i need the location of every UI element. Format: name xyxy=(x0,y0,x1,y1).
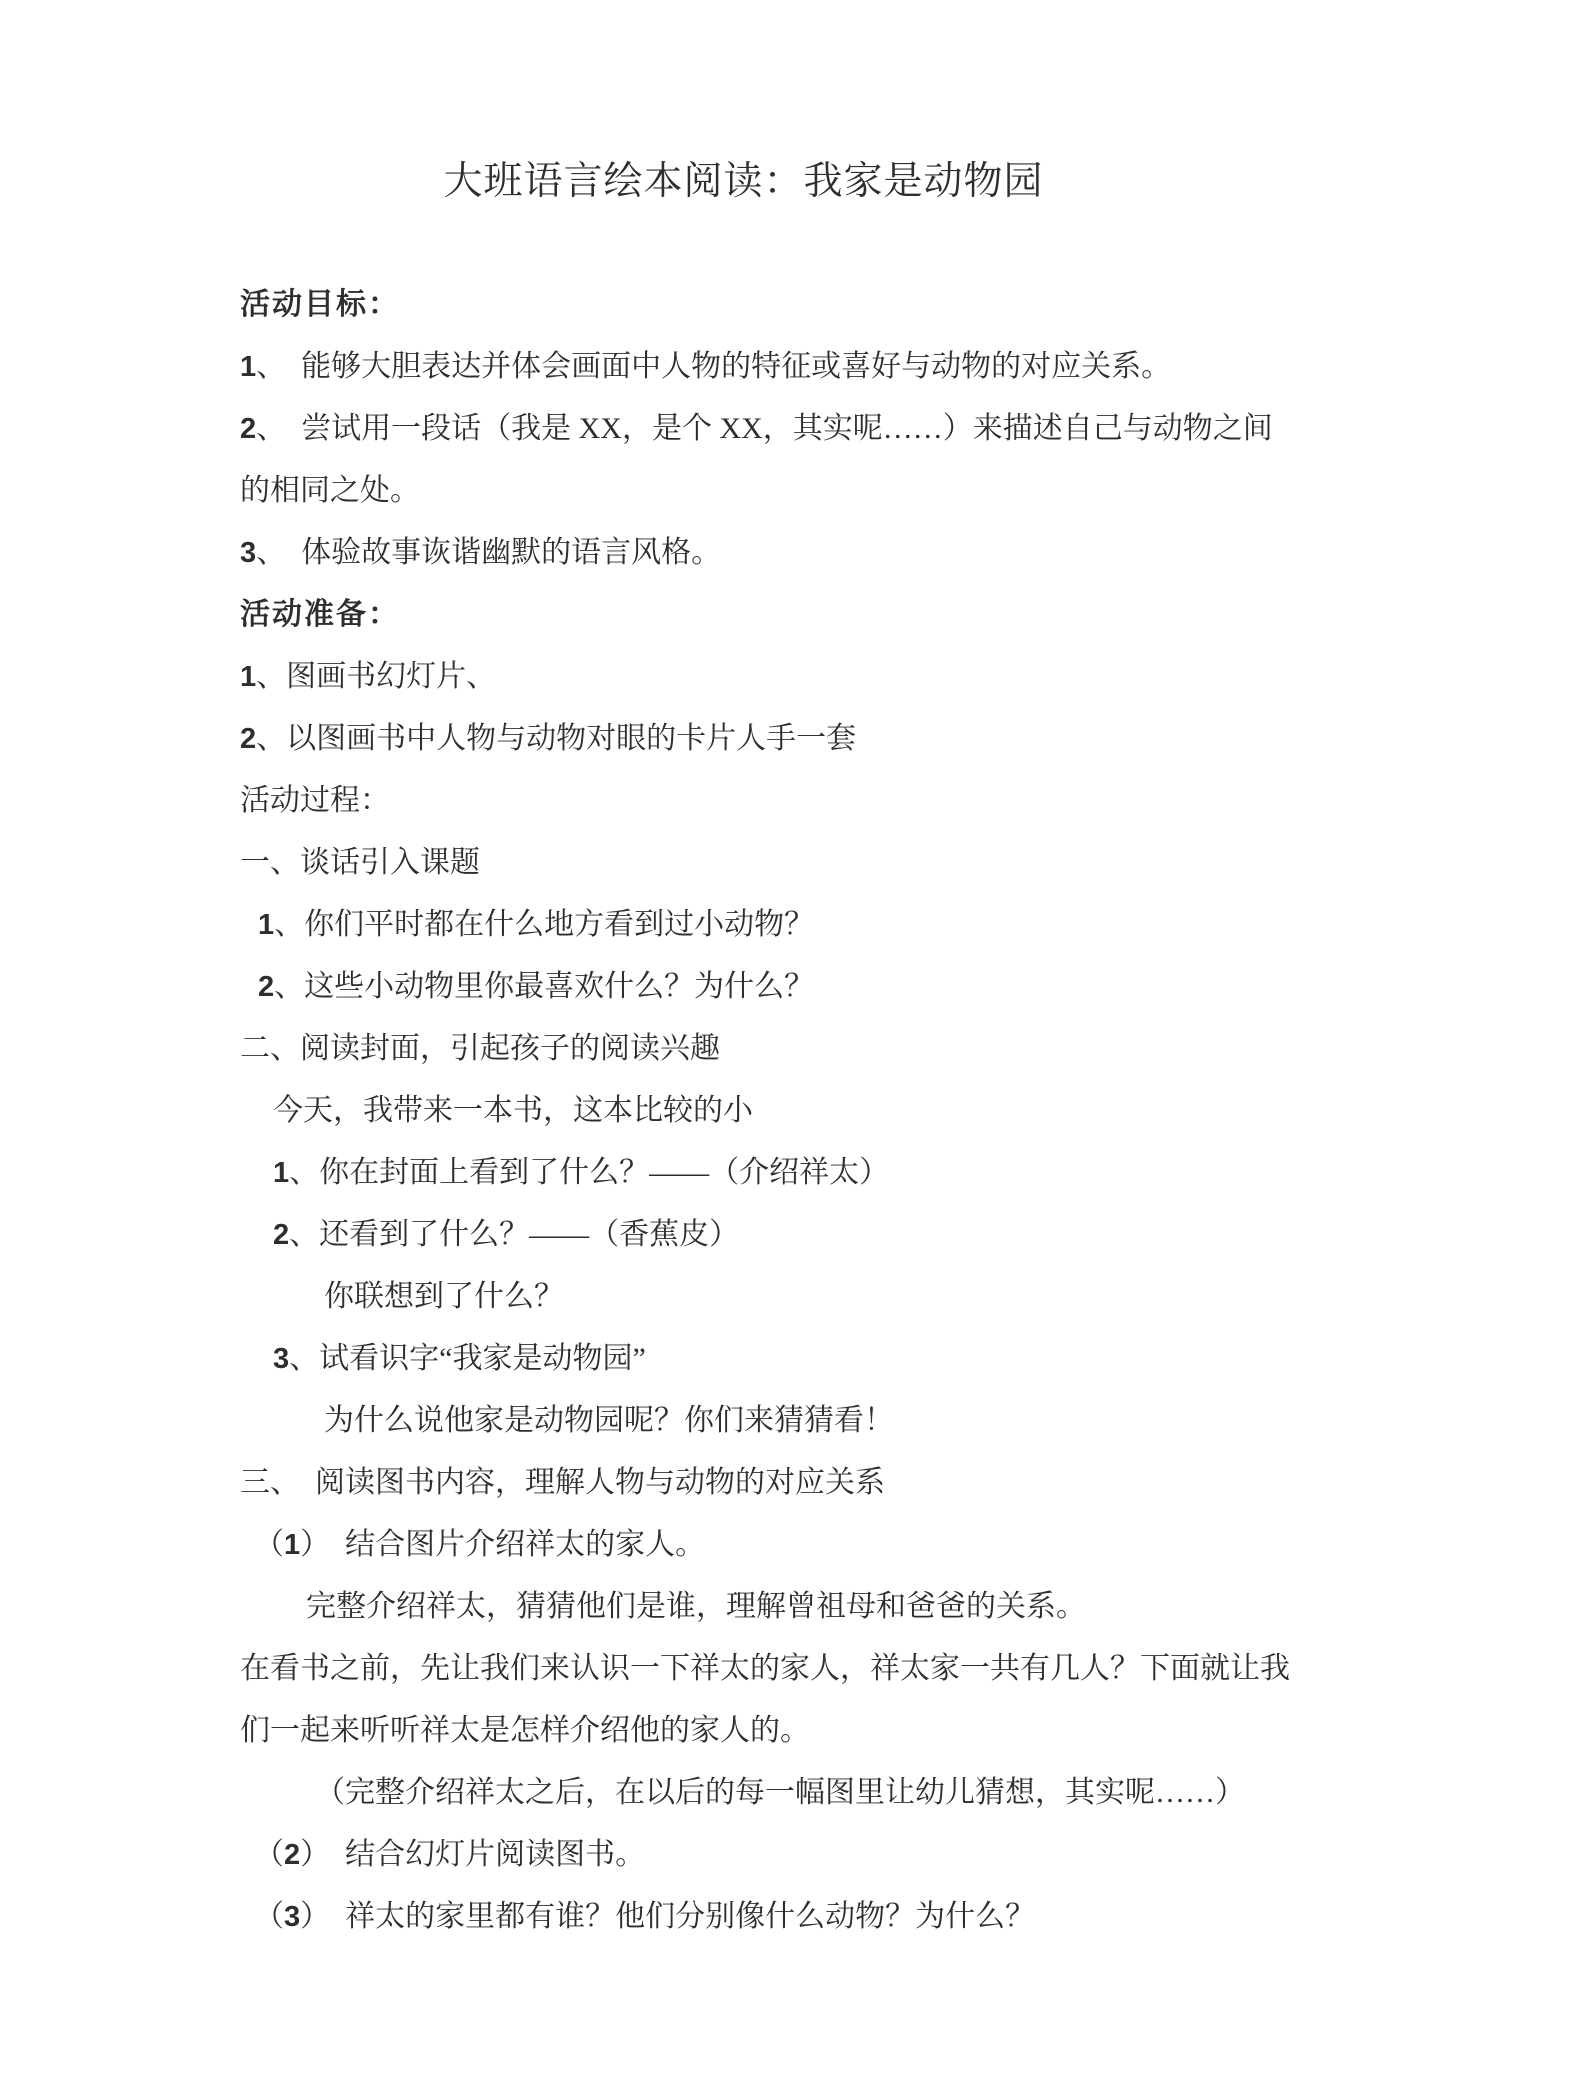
list-number: 1 xyxy=(240,661,256,693)
section-heading: 活动目标： xyxy=(240,288,400,321)
text-line: 的相同之处。 xyxy=(240,460,1467,522)
text-run: ） 结合图片介绍祥太的家人。 xyxy=(300,1528,705,1561)
text-run: 你联想到了什么？ xyxy=(324,1280,564,1313)
text-run: 们一起来听听祥太是怎样介绍他的家人的。 xyxy=(240,1714,810,1747)
text-run: 、试看识字“我家是动物园” xyxy=(289,1342,646,1375)
text-line: （1） 结合图片介绍祥太的家人。 xyxy=(240,1514,1467,1576)
text-run: 、 尝试用一段话（我是 XX，是个 XX，其实呢……）来描述自己与动物之间 xyxy=(256,412,1273,445)
text-run: 在看书之前，先让我们来认识一下祥太的家人，祥太家一共有几人？下面就让我 xyxy=(240,1652,1290,1685)
text-line: 2、 尝试用一段话（我是 XX，是个 XX，其实呢……）来描述自己与动物之间 xyxy=(240,398,1467,460)
text-run: 三、 阅读图书内容，理解人物与动物的对应关系 xyxy=(240,1466,885,1499)
list-number: 3 xyxy=(240,537,256,569)
list-number: 2 xyxy=(240,413,256,445)
text-run: （ xyxy=(254,1528,284,1561)
text-line: （2） 结合幻灯片阅读图书。 xyxy=(240,1824,1467,1886)
text-line: 3、试看识字“我家是动物园” xyxy=(240,1328,1467,1390)
text-line: 完整介绍祥太，猜猜他们是谁，理解曾祖母和爸爸的关系。 xyxy=(240,1576,1467,1638)
text-line: 2、还看到了什么？——（香蕉皮） xyxy=(240,1204,1467,1266)
text-run: 、 能够大胆表达并体会画面中人物的特征或喜好与动物的对应关系。 xyxy=(256,350,1171,383)
text-line: 在看书之前，先让我们来认识一下祥太的家人，祥太家一共有几人？下面就让我 xyxy=(240,1638,1467,1700)
text-run: 、你们平时都在什么地方看到过小动物？ xyxy=(274,908,814,941)
text-run: 为什么说他家是动物园呢？你们来猜猜看！ xyxy=(324,1404,894,1437)
text-run: 活动过程： xyxy=(240,784,390,817)
text-run: 、 体验故事诙谐幽默的语言风格。 xyxy=(256,536,721,569)
text-line: 活动目标： xyxy=(240,274,1467,336)
list-number: 2 xyxy=(258,971,274,1003)
text-line: 2、以图画书中人物与动物对眼的卡片人手一套 xyxy=(240,708,1467,770)
list-number: 3 xyxy=(273,1343,289,1375)
text-run: 今天，我带来一本书，这本比较的小 xyxy=(273,1094,753,1127)
text-run: 二、阅读封面，引起孩子的阅读兴趣 xyxy=(240,1032,720,1065)
text-run: 的相同之处。 xyxy=(240,474,420,507)
list-number: 2 xyxy=(273,1219,289,1251)
text-line: 1、你在封面上看到了什么？——（介绍祥太） xyxy=(240,1142,1467,1204)
list-number: 2 xyxy=(240,723,256,755)
text-line: 活动过程： xyxy=(240,770,1467,832)
text-run: ） 结合幻灯片阅读图书。 xyxy=(300,1838,645,1871)
text-run: 、还看到了什么？——（香蕉皮） xyxy=(289,1218,739,1251)
document-page: 大班语言绘本阅读：我家是动物园 活动目标：1、 能够大胆表达并体会画面中人物的特… xyxy=(0,0,1587,2077)
text-run: ） 祥太的家里都有谁？他们分别像什么动物？为什么？ xyxy=(300,1900,1035,1933)
text-line: 1、你们平时都在什么地方看到过小动物？ xyxy=(240,894,1467,956)
list-number: 3 xyxy=(284,1901,300,1933)
section-heading: 活动准备： xyxy=(240,598,400,631)
text-line: 今天，我带来一本书，这本比较的小 xyxy=(240,1080,1467,1142)
text-run: （ xyxy=(254,1838,284,1871)
text-line: 2、这些小动物里你最喜欢什么？为什么？ xyxy=(240,956,1467,1018)
text-run: （完整介绍祥太之后，在以后的每一幅图里让幼儿猜想，其实呢……） xyxy=(315,1776,1245,1809)
text-run: 、这些小动物里你最喜欢什么？为什么？ xyxy=(274,970,814,1003)
list-number: 1 xyxy=(273,1157,289,1189)
text-line: 为什么说他家是动物园呢？你们来猜猜看！ xyxy=(240,1390,1467,1452)
text-line: 1、 能够大胆表达并体会画面中人物的特征或喜好与动物的对应关系。 xyxy=(240,336,1467,398)
text-line: （完整介绍祥太之后，在以后的每一幅图里让幼儿猜想，其实呢……） xyxy=(240,1762,1467,1824)
text-line: 三、 阅读图书内容，理解人物与动物的对应关系 xyxy=(240,1452,1467,1514)
text-line: 活动准备： xyxy=(240,584,1467,646)
text-line: 一、谈话引入课题 xyxy=(240,832,1467,894)
document-title: 大班语言绘本阅读：我家是动物园 xyxy=(0,150,1487,206)
text-line: 二、阅读封面，引起孩子的阅读兴趣 xyxy=(240,1018,1467,1080)
document-body: 活动目标：1、 能够大胆表达并体会画面中人物的特征或喜好与动物的对应关系。2、 … xyxy=(240,274,1467,1948)
text-run: 一、谈话引入课题 xyxy=(240,846,480,879)
text-run: 完整介绍祥太，猜猜他们是谁，理解曾祖母和爸爸的关系。 xyxy=(306,1590,1086,1623)
text-line: （3） 祥太的家里都有谁？他们分别像什么动物？为什么？ xyxy=(240,1886,1467,1948)
text-line: 1、图画书幻灯片、 xyxy=(240,646,1467,708)
text-line: 你联想到了什么？ xyxy=(240,1266,1467,1328)
list-number: 1 xyxy=(240,351,256,383)
text-run: 、你在封面上看到了什么？——（介绍祥太） xyxy=(289,1156,889,1189)
text-run: 、以图画书中人物与动物对眼的卡片人手一套 xyxy=(256,722,856,755)
text-run: 、图画书幻灯片、 xyxy=(256,660,496,693)
list-number: 1 xyxy=(284,1529,300,1561)
text-line: 3、 体验故事诙谐幽默的语言风格。 xyxy=(240,522,1467,584)
list-number: 1 xyxy=(258,909,274,941)
text-run: （ xyxy=(254,1900,284,1933)
list-number: 2 xyxy=(284,1839,300,1871)
text-line: 们一起来听听祥太是怎样介绍他的家人的。 xyxy=(240,1700,1467,1762)
